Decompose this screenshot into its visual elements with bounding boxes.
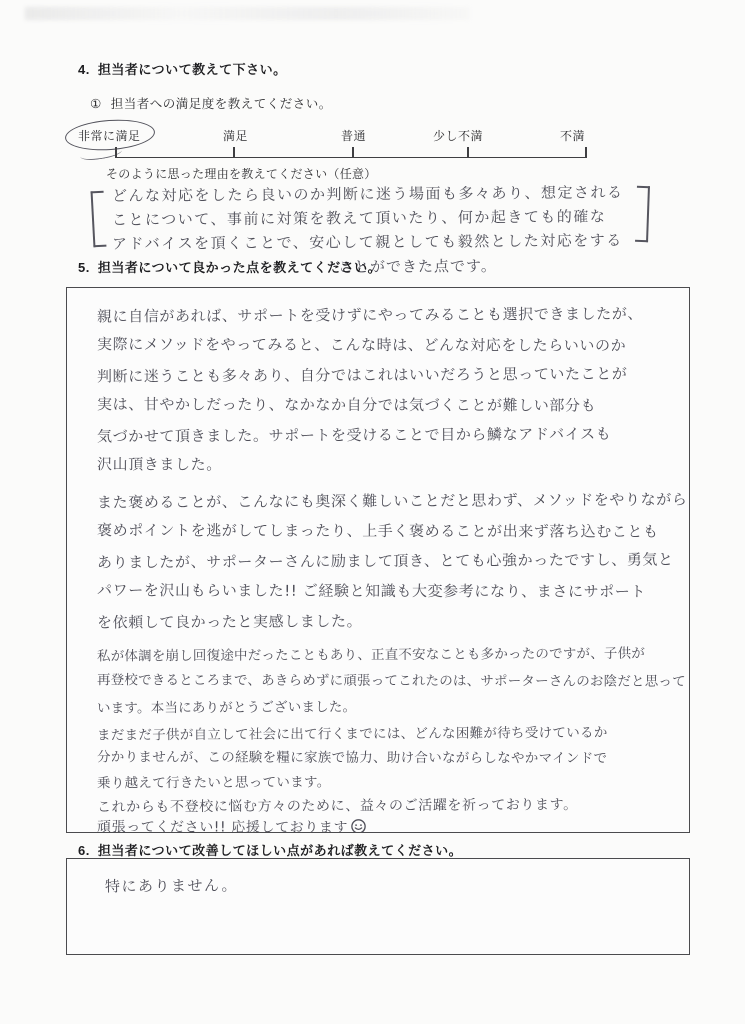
answer-line: を依頼して良かったと実感しました。 — [97, 604, 681, 637]
question-6-number: 6. — [78, 843, 90, 858]
scale-tick-1 — [115, 147, 117, 158]
answer-line: ありましたが、サポーターさんに励まして頂き、とても心強かったですし、勇気と — [97, 544, 681, 577]
answer-line: まだまだ子供が自立して社会に出て行くまでには、どんな困難が待ち受けているか — [97, 720, 681, 747]
question-6-title: 担当者について改善してほしい点があれば教えてください。 — [98, 843, 462, 858]
question-5-title: 担当者について良かった点を教えてください。 — [98, 260, 381, 275]
question-4-sub: ①担当者への満足度を教えてください。 — [90, 94, 332, 112]
answer-line: また褒めることが、こんなにも奥深く難しいことだと思わず、メソッドをやりながら — [97, 484, 681, 517]
answer-line: います。本当にありがとうございました。 — [97, 692, 681, 721]
handwritten-paragraph: 親に自信があれば、サポートを受けずにやってみることも選択できましたが、 実際にメ… — [97, 300, 681, 480]
reason-line: ことができた点です。 — [338, 253, 652, 279]
answer-line: 再登校できるところまで、あきらめずに頑張ってこれたのは、サポーターさんのお陰だと… — [97, 667, 681, 695]
answer-line: 私が体調を崩し回復途中だったこともあり、正直不安なことも多かったのですが、子供が — [97, 640, 681, 669]
question-5-heading: 5.担当者について良かった点を教えてください。 — [78, 257, 381, 276]
question-6-heading: 6.担当者について改善してほしい点があれば教えてください。 — [78, 840, 462, 859]
scan-artifact — [25, 7, 470, 20]
scale-option-dissatisfied: 不満 — [560, 127, 585, 144]
handwritten-paragraph: 私が体調を崩し回復途中だったこともあり、正直不安なことも多かったのですが、子供が… — [97, 642, 681, 720]
answer-box-q5: 親に自信があれば、サポートを受けずにやってみることも選択できましたが、 実際にメ… — [66, 287, 690, 833]
question-4-number: 4. — [78, 62, 90, 77]
question-4-sub-number: ① — [90, 97, 102, 111]
answer-line: 沢山頂きました。 — [97, 449, 681, 481]
scanned-survey-page: 4.担当者について教えて下さい。 ①担当者への満足度を教えてください。 非常に満… — [0, 0, 745, 1024]
scale-option-neutral: 普通 — [341, 127, 366, 144]
scale-option-satisfied: 満足 — [223, 127, 248, 144]
handwritten-paragraph: まだまだ子供が自立して社会に出て行くまでには、どんな困難が待ち受けているか 分か… — [97, 722, 681, 794]
reason-prompt: そのように思った理由を教えてください（任意） — [106, 165, 377, 182]
answer-line: 気づかせて頂きました。サポートを受けることで目から鱗なアドバイスも — [97, 418, 681, 451]
handwritten-bracket-left-icon — [91, 191, 107, 248]
answer-line: 親に自信があれば、サポートを受けずにやってみることも選択できましたが、 — [97, 298, 681, 331]
scale-tick-3 — [352, 147, 354, 158]
question-4-heading: 4.担当者について教えて下さい。 — [78, 59, 287, 78]
handwritten-paragraph: また褒めることが、こんなにも奥深く難しいことだと思わず、メソッドをやりながら 褒… — [97, 486, 681, 636]
scale-tick-2 — [233, 147, 235, 158]
answer-box-q6: 特にありません。 — [66, 858, 690, 955]
answer-line: 頑張ってください!! 応援しております — [97, 816, 681, 833]
question-4-sub-title: 担当者への満足度を教えてください。 — [111, 97, 332, 111]
question-5-number: 5. — [78, 260, 90, 275]
smiley-icon — [350, 818, 367, 833]
answer-line: 褒めポイントを逃がしてしまったり、上手く褒めることが出来ず落ち込むことも — [97, 515, 681, 547]
answer-line: 実際にメソッドをやってみると、こんな時は、どんな対応をしたらいいのか — [97, 329, 681, 361]
reason-line: アドバイスを頂くことで、安心して親としても毅然とした対応をする — [112, 228, 652, 256]
scale-tick-4 — [467, 147, 469, 158]
answer-line: パワーを沢山もらいました!! ご経験と知識も大変参考になり、まさにサポート — [97, 575, 681, 607]
answer-line-text: 頑張ってください!! 応援しております — [97, 819, 348, 833]
q6-answer-text: 特にありません。 — [105, 870, 681, 896]
question-4-title: 担当者について教えて下さい。 — [98, 62, 287, 77]
answer-line: 実は、甘やかしだったり、なかなか自分では気づくことが難しい部分も — [97, 389, 681, 421]
scale-axis-line — [115, 157, 586, 158]
answer-line: 分かりませんが、この経験を糧に家族で協力、助け合いながらしなやかマインドで — [97, 745, 681, 771]
answer-line: これからも不登校に悩む方々のために、益々のご活躍を祈っております。 — [97, 793, 681, 818]
answer-line: 判断に迷うことも多々あり、自分ではこれはいいだろうと思っていたことが — [97, 358, 681, 391]
answer-line: 乗り越えて行きたいと思っています。 — [97, 768, 681, 795]
handwritten-paragraph: これからも不登校に悩む方々のために、益々のご活躍を祈っております。 頑張ってくだ… — [97, 795, 681, 833]
scale-tick-5 — [585, 147, 587, 158]
scale-option-slightly-dissatisfied: 少し不満 — [433, 127, 483, 144]
